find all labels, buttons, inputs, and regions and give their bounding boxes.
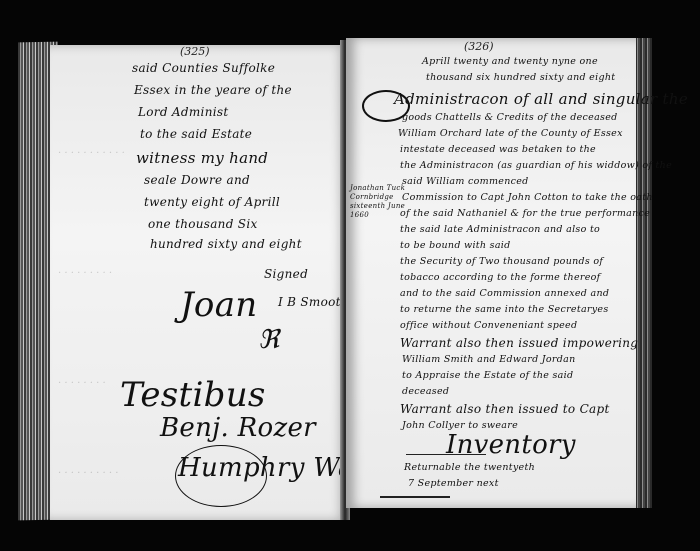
body-line: to the said Estate	[140, 127, 252, 141]
witness-name-1: Benj. Rozer	[160, 413, 316, 443]
entry-line: the said late Administracon and also to	[400, 224, 600, 235]
margin-note: Jonathan Tuck Cornbridge sixteenth June …	[350, 184, 405, 220]
ink-rule	[380, 496, 450, 498]
ink-rule	[406, 454, 486, 455]
warrant-1-line: William Smith and Edward Jordan	[402, 354, 576, 365]
witness-heading: Testibus	[120, 375, 266, 415]
body-line: Essex in the yeare of the	[134, 83, 292, 97]
left-page: . . . . . . . . . . . . . . . . . . . . …	[50, 45, 348, 520]
bleed-through-text: . . . . . . . . . . .	[58, 145, 125, 156]
right-page: (326) Aprill twenty and twenty nyne one …	[346, 38, 636, 508]
entry-line: tobacco according to the forme thereof	[400, 272, 601, 283]
mark-glyph: ℜ	[258, 325, 279, 355]
entry-heading: Administracon of all and singular the	[394, 90, 688, 108]
folio-number: (326)	[464, 40, 494, 53]
entry-line: Commission to Capt John Cotton to take t…	[402, 192, 653, 203]
scan-background: . . . . . . . . . . . . . . . . . . . . …	[0, 0, 700, 551]
entry-line: the Security of Two thousand pounds of	[400, 256, 603, 267]
folio-number: (325)	[180, 45, 210, 58]
entry-line: to be bound with said	[400, 240, 511, 251]
warrant-1-line: deceased	[402, 386, 449, 397]
bleed-through-text: . . . . . . . . . .	[58, 465, 118, 476]
entry-line: of the said Nathaniel & for the true per…	[400, 208, 650, 219]
inventory-line: 7 September next	[408, 478, 499, 489]
signature-mark: I B Smooth	[278, 295, 349, 309]
warrant-2-line: Warrant also then issued to Capt	[400, 402, 610, 416]
date-heading-line: Aprill twenty and twenty nyne one	[422, 56, 598, 67]
date-heading-line: thousand six hundred sixty and eight	[426, 72, 615, 83]
warrant-1-line: Warrant also then issued impowering	[400, 336, 638, 350]
bleed-through-text: . . . . . . . . .	[58, 265, 112, 276]
body-line: one thousand Six	[148, 217, 258, 231]
body-line: seale Dowre and	[144, 173, 250, 187]
signature-intro: Signed	[264, 267, 308, 281]
entry-line: goods Chattells & Credits of the decease…	[402, 112, 618, 123]
body-line: Lord Administ	[138, 105, 228, 119]
body-line: hundred sixty and eight	[150, 237, 302, 251]
entry-line: intestate deceased was betaken to the	[400, 144, 596, 155]
entry-line: and to the said Commission annexed and	[400, 288, 609, 299]
entry-line: to returne the same into the Secretaryes	[400, 304, 609, 315]
signature-name: Joan	[180, 285, 257, 325]
entry-line: said William commenced	[402, 176, 529, 187]
body-line: said Counties Suffolke	[132, 61, 275, 75]
body-line: witness my hand	[136, 149, 268, 167]
body-line: twenty eight of Aprill	[144, 195, 280, 209]
entry-line: office without Conveneniant speed	[400, 320, 577, 331]
entry-line: the Administracon (as guardian of his wi…	[400, 160, 672, 171]
bleed-through-text: . . . . . . . .	[58, 375, 106, 386]
signature-flourish	[175, 445, 267, 507]
warrant-1-line: to Appraise the Estate of the said	[402, 370, 573, 381]
inventory-line: Returnable the twentyeth	[404, 462, 535, 473]
entry-line: William Orchard late of the County of Es…	[398, 128, 623, 139]
inventory-heading: Inventory	[446, 430, 576, 460]
